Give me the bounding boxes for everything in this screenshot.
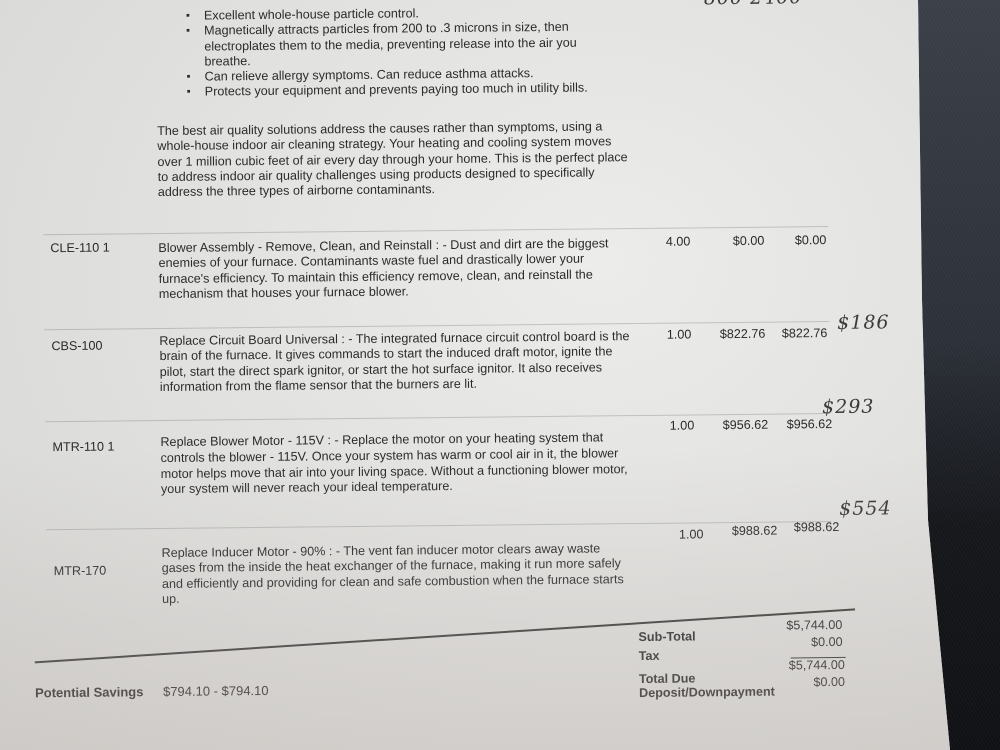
item-description: Replace Circuit Board Universal : - The … bbox=[159, 329, 635, 395]
handwritten-top-note: 800 2400 bbox=[704, 0, 803, 9]
item-total: $988.62 bbox=[759, 520, 839, 535]
invoice-content: 800 2400 Excellent whole-house particle … bbox=[0, 0, 1000, 750]
potential-savings-value: $794.10 - $794.10 bbox=[163, 683, 269, 699]
item-description: Replace Inducer Motor - 90% : - The vent… bbox=[162, 541, 638, 607]
item-code: CBS-100 bbox=[51, 339, 102, 354]
invoice-paper: 800 2400 Excellent whole-house particle … bbox=[0, 0, 1000, 750]
subtotal-label: Sub-Total bbox=[638, 629, 695, 644]
feature-bullet-list: Excellent whole-house particle control. … bbox=[186, 4, 617, 100]
total-due-label: Total Due bbox=[639, 671, 696, 686]
total-due-value: $5,744.00 bbox=[755, 658, 845, 673]
item-quantity: 1.00 bbox=[623, 527, 703, 542]
item-code: CLE-110 1 bbox=[50, 241, 109, 256]
feature-bullet: Magnetically attracts particles from 200… bbox=[186, 20, 616, 70]
item-description: Replace Blower Motor - 115V : - Replace … bbox=[160, 430, 636, 498]
intro-paragraph: The best air quality solutions address t… bbox=[157, 119, 633, 200]
item-code: MTR-170 bbox=[54, 564, 107, 579]
item-total: $956.62 bbox=[752, 417, 832, 432]
item-total: $822.76 bbox=[747, 326, 827, 341]
totals-divider bbox=[35, 608, 855, 663]
item-code: MTR-110 1 bbox=[52, 440, 114, 455]
potential-savings-label: Potential Savings bbox=[35, 684, 144, 700]
item-description: Blower Assembly - Remove, Clean, and Rei… bbox=[158, 236, 634, 302]
handwritten-price-note: $186 bbox=[837, 311, 890, 334]
item-quantity: 1.00 bbox=[614, 418, 694, 433]
handwritten-price-note: $554 bbox=[839, 497, 892, 520]
item-total: $0.00 bbox=[746, 233, 826, 248]
tax-label: Tax bbox=[639, 649, 660, 663]
handwritten-price-note: $293 bbox=[822, 396, 875, 419]
feature-bullet: Protects your equipment and prevents pay… bbox=[187, 81, 617, 101]
subtotal-value: $5,744.00 bbox=[752, 618, 842, 633]
item-quantity: 1.00 bbox=[611, 327, 691, 342]
potential-savings: Potential Savings $794.10 - $794.10 bbox=[35, 683, 269, 700]
item-quantity: 4.00 bbox=[610, 234, 690, 249]
tax-value: $0.00 bbox=[752, 635, 842, 650]
deposit-value: $0.00 bbox=[755, 675, 845, 690]
